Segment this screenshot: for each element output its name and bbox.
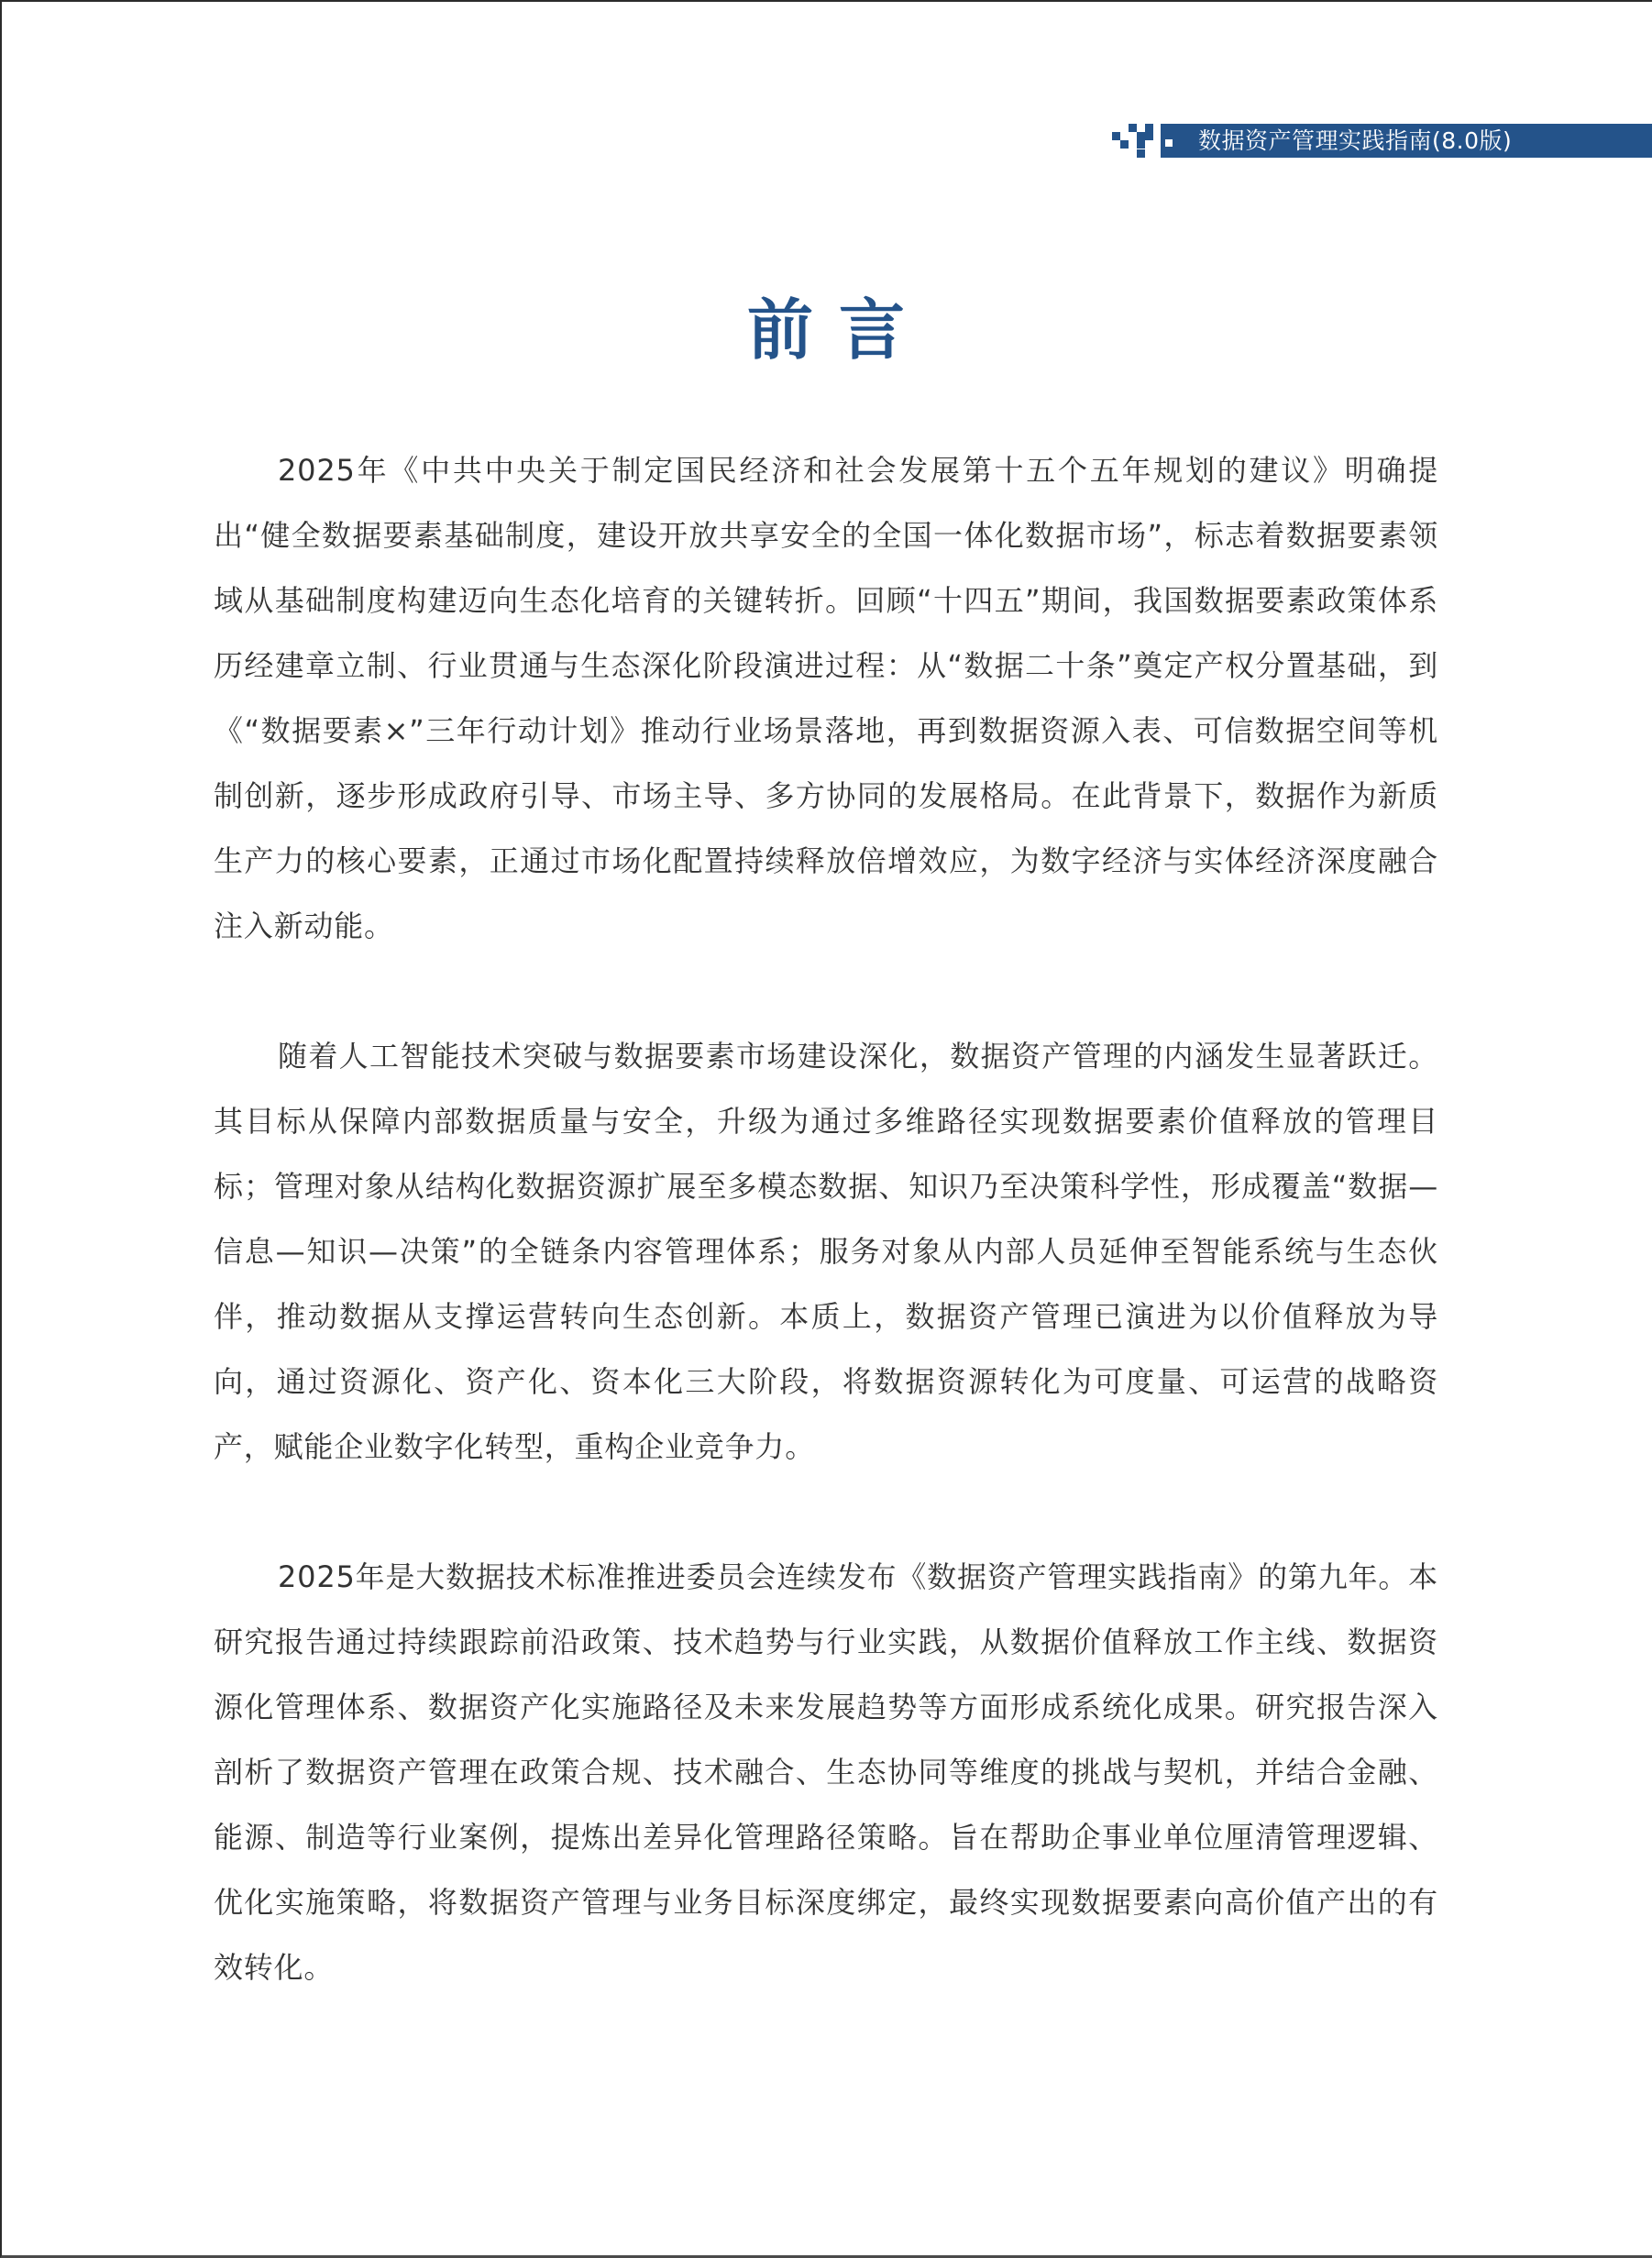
- preface-body: 2025年《中共中央关于制定国民经济和社会发展第十五个五年规划的建议》明确提出“…: [214, 438, 1438, 2000]
- paragraph-3: 2025年是大数据技术标准推进委员会连续发布《数据资产管理实践指南》的第九年。本…: [214, 1545, 1438, 2000]
- header-title: 数据资产管理实践指南(8.0版): [1198, 124, 1512, 158]
- paragraph-2: 随着人工智能技术突破与数据要素市场建设深化，数据资产管理的内涵发生显著跃迁。其目…: [214, 1024, 1438, 1480]
- pixel-cutout-icon: [1165, 139, 1173, 147]
- page-title: 前言: [0, 289, 1652, 371]
- paragraph-1: 2025年《中共中央关于制定国民经济和社会发展第十五个五年规划的建议》明确提出“…: [214, 438, 1438, 959]
